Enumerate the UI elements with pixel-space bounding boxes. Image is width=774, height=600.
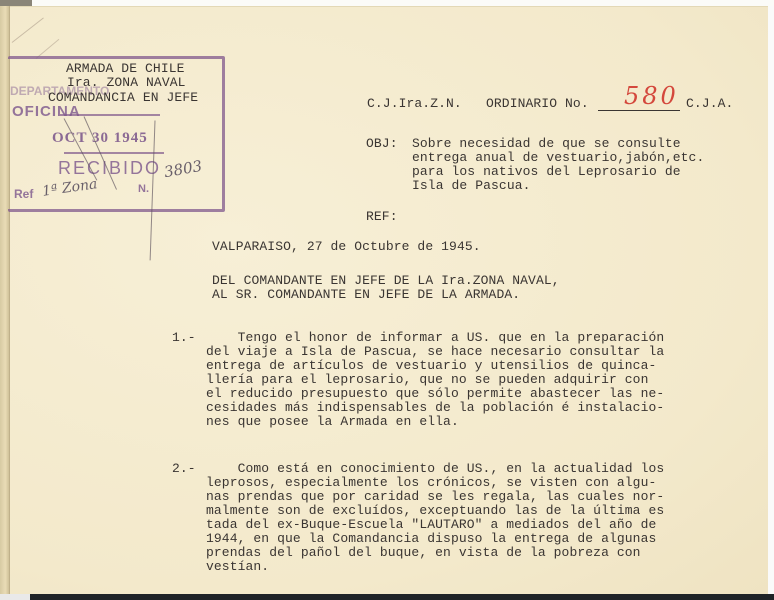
- paragraph-line: entrega de artículos de vestuario y uten…: [206, 359, 656, 372]
- paragraph-line: llería para el leprosario, que no se pue…: [206, 373, 648, 386]
- stamp-divider: [60, 114, 160, 116]
- paragraph-line: cesidades más indispensables de la pobla…: [206, 401, 664, 414]
- paragraph-line: Como está en conocimiento de US., en la …: [206, 462, 664, 475]
- obj-line: entrega anual de vestuario,jabón,etc.: [412, 151, 704, 164]
- letterhead-line-2: Ira. ZONA NAVAL: [66, 76, 186, 89]
- letterhead-line-3: COMANDANCIA EN JEFE: [48, 91, 198, 104]
- scan-bottom-edge: [0, 594, 774, 600]
- code-right: C.J.A.: [686, 97, 733, 110]
- stamp-office-label: OFICINA: [12, 103, 81, 120]
- paragraph-line: malmente son de excluídos, exceptuando l…: [206, 504, 664, 517]
- paragraph-line: tada del ex-Buque-Escuela "LAUTARO" a me…: [206, 518, 656, 531]
- scan-right-margin: [768, 6, 774, 594]
- obj-line: Isla de Pascua.: [412, 179, 531, 192]
- stamp-ref-label: Ref: [14, 187, 33, 201]
- paragraph-number: 1.-: [172, 331, 196, 344]
- obj-line: para los nativos del Leprosario de: [412, 165, 681, 178]
- paragraph-line: nas prendas que por caridad se les regal…: [206, 490, 664, 503]
- ordinario-number: 580: [624, 84, 679, 108]
- paragraph-line: vestían.: [206, 560, 269, 573]
- paragraph-line: Tengo el honor de informar a US. que en …: [206, 331, 664, 344]
- paragraph-number: 2.-: [172, 462, 196, 475]
- place-date: VALPARAISO, 27 de Octubre de 1945.: [212, 240, 481, 253]
- code-left: C.J.Ira.Z.N.: [367, 97, 462, 110]
- ordinario-label: ORDINARIO No.: [486, 97, 589, 110]
- stamp-date: OCT 30 1945: [52, 130, 148, 147]
- paragraph-line: leprosos, especialmente los crónicos, se…: [206, 476, 656, 489]
- letterhead-line-1: ARMADA DE CHILE: [66, 62, 185, 75]
- ref-label: REF:: [366, 210, 398, 223]
- paragraph-line: el reducido presupuesto que sólo permite…: [206, 387, 664, 400]
- paragraph-line: nes que posee la Armada en ella.: [206, 415, 459, 428]
- stamp-divider: [64, 152, 164, 154]
- obj-label: OBJ:: [366, 137, 398, 150]
- addressing-from: DEL COMANDANTE EN JEFE DE LA Ira.ZONA NA…: [212, 274, 560, 287]
- paragraph-line: 1944, en que la Comandancia dispuso la e…: [206, 532, 656, 545]
- paragraph-line: prendas del pañol del buque, en vista de…: [206, 546, 641, 559]
- stamp-number-label: N.: [138, 183, 149, 195]
- obj-line: Sobre necesidad de que se consulte: [412, 137, 681, 150]
- scan-bottom-corner: [0, 594, 30, 600]
- addressing-to: AL SR. COMANDANTE EN JEFE DE LA ARMADA.: [212, 288, 520, 301]
- ordinario-underline: [598, 110, 680, 111]
- paragraph-line: del viaje a Isla de Pascua, se hace nece…: [206, 345, 664, 358]
